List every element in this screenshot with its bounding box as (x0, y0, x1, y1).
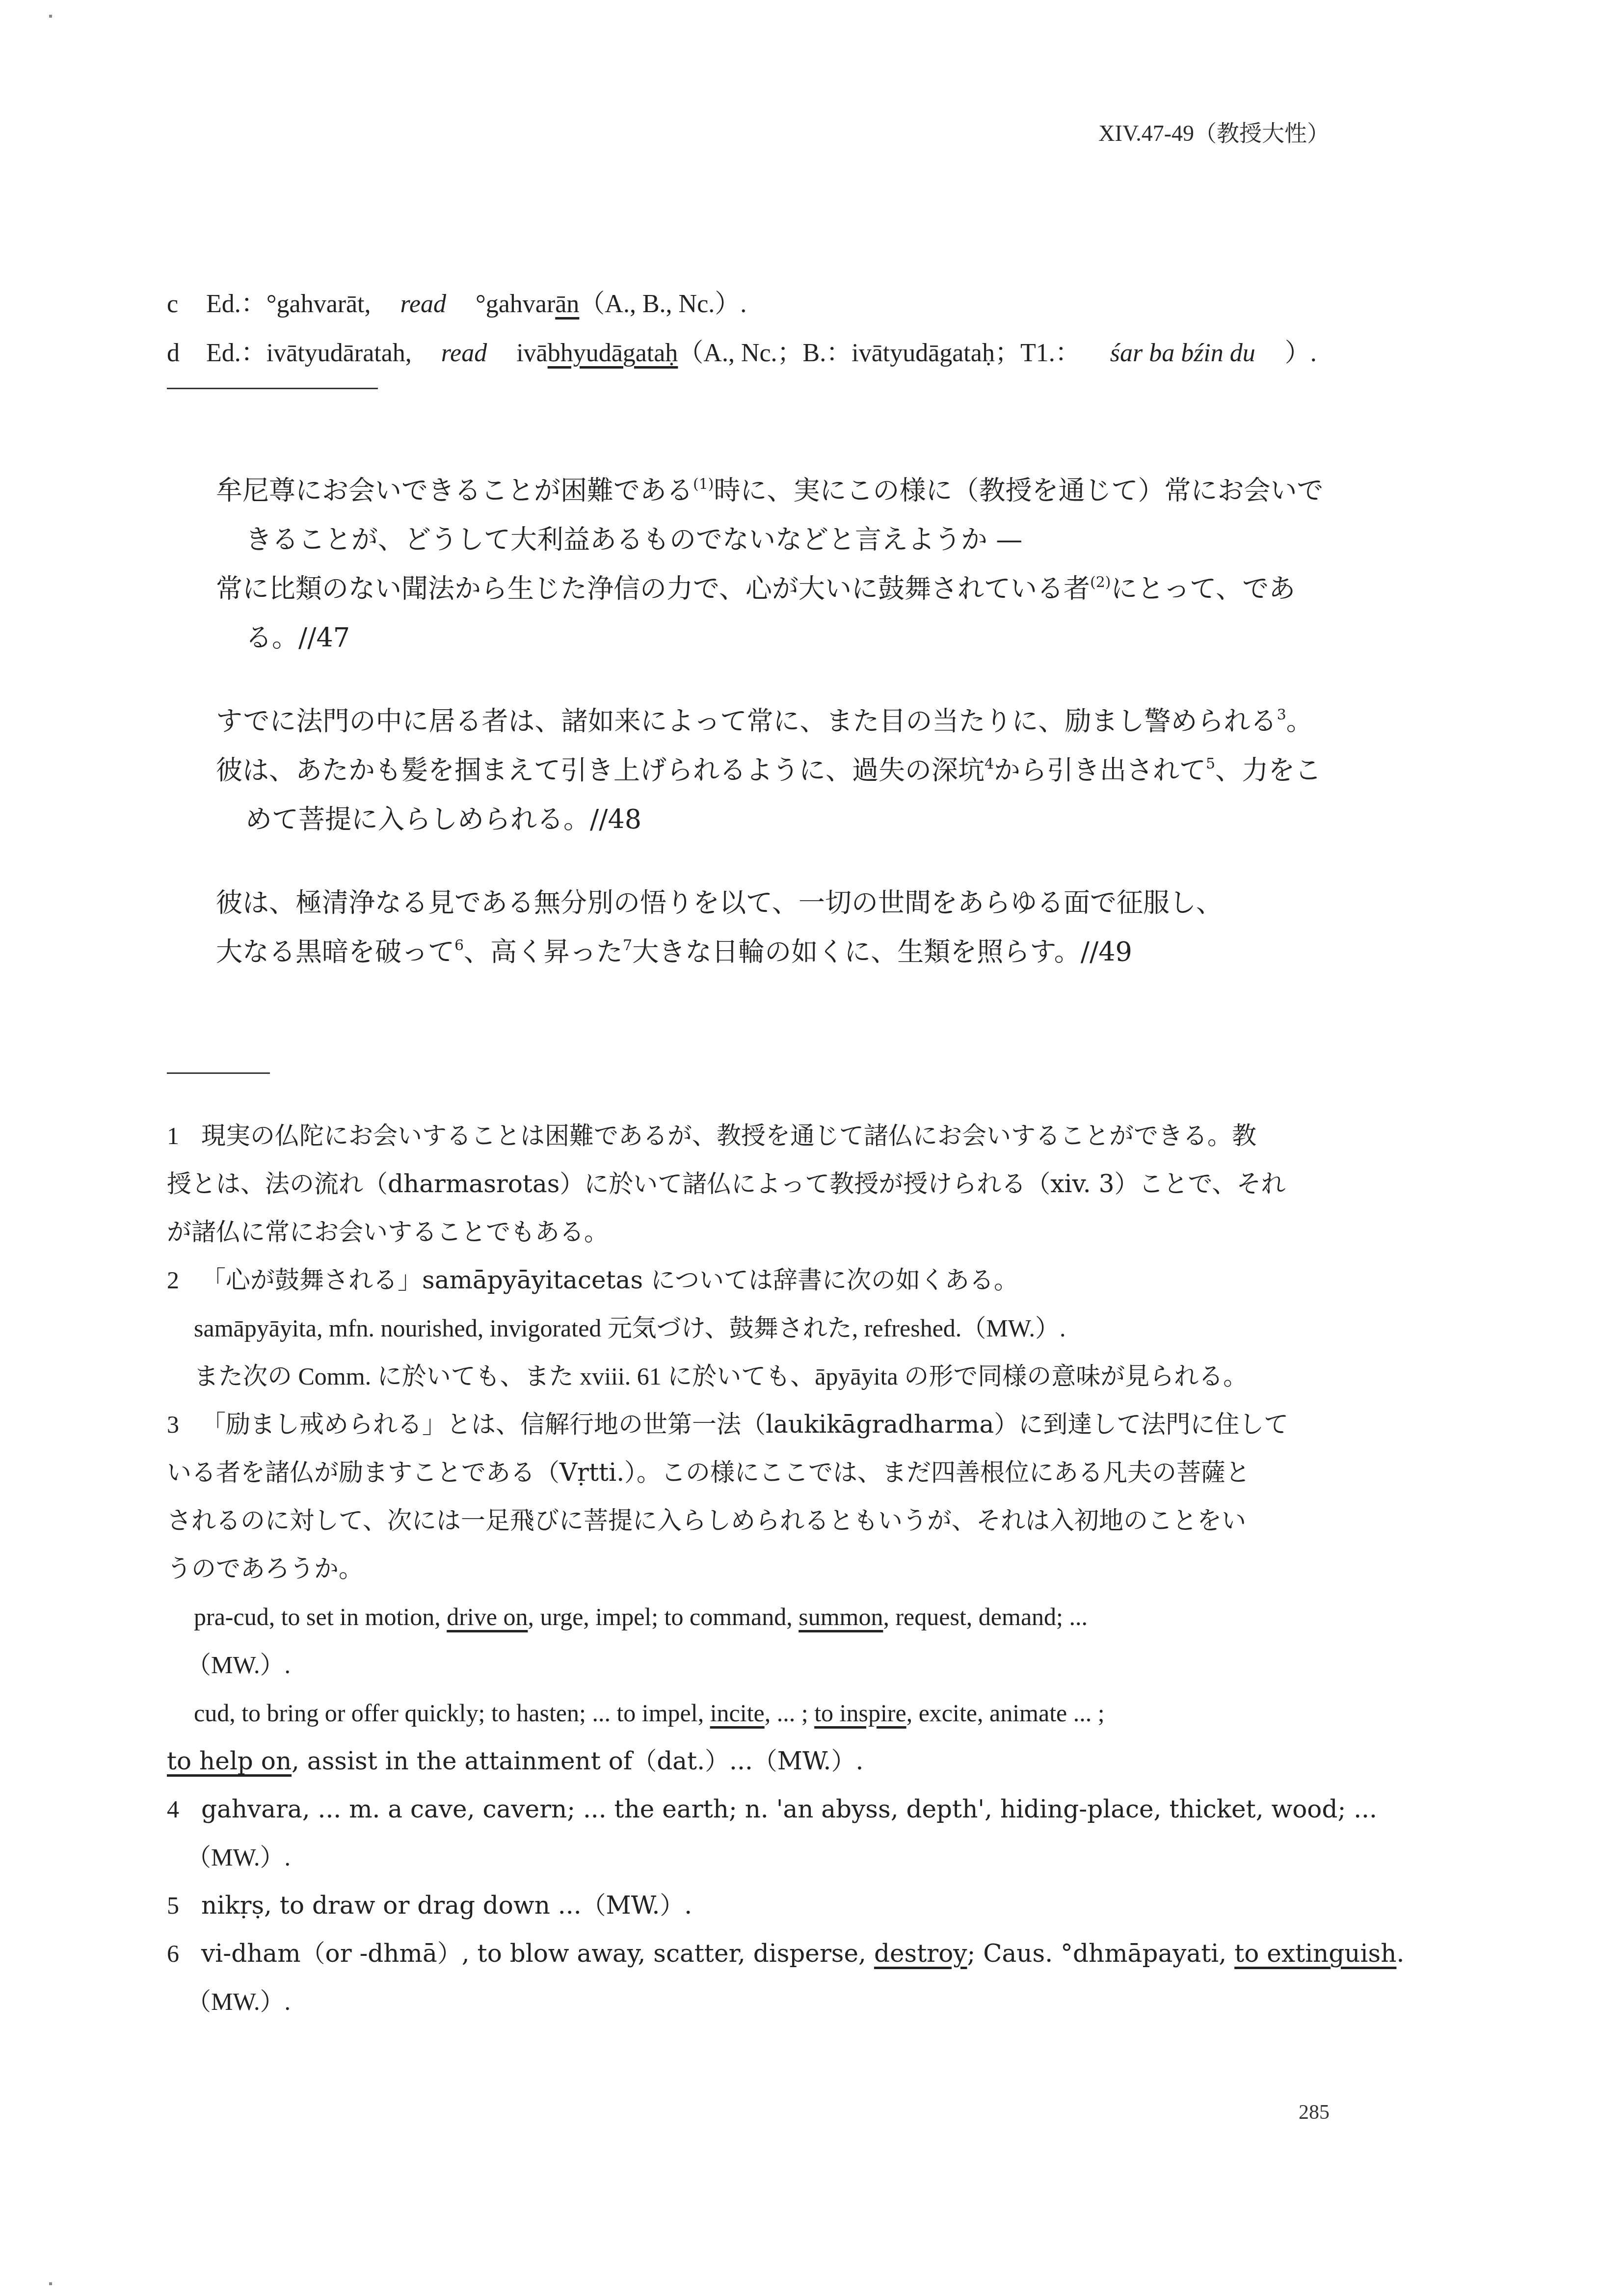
footnote-line: （MW.）. (167, 1641, 1374, 1689)
text-segment: pra-cud, to set in motion, (194, 1603, 447, 1630)
footnote-line: cud, to bring or offer quickly; to haste… (167, 1689, 1374, 1737)
footnote-line: いる者を諸仏が励ますことである（Vṛtti.）。この様にここでは、まだ四善根位に… (167, 1448, 1374, 1496)
italic-term: read (441, 339, 487, 367)
footnote-ref: 5 (1206, 755, 1215, 773)
verse-line: 大なる黒暗を破って6、高く昇った7大きな日輪の如くに、生類を照らす。//49 (216, 928, 1374, 977)
footnote-number: 5 (167, 1881, 201, 1929)
verse-text: 彼は、あたかも髪を掴まえて引き上げられるように、過失の深坑 (216, 755, 985, 786)
footnote-line: 4gahvara, ... m. a cave, cavern; ... the… (167, 1785, 1374, 1833)
footnote-text: されるのに対して、次には一足飛びに菩提に入らしめられるともいうが、それは入初地の… (167, 1506, 1246, 1535)
footnote-text: 現実の仏陀にお会いすることは困難であるが、教授を通じて諸仏にお会いすることができ… (201, 1121, 1256, 1150)
text-segment: （A., B., Nc.）. (579, 290, 746, 318)
verse-text: る。//47 (245, 622, 350, 653)
verse-text: にとって、であ (1111, 573, 1295, 604)
verse-text: 。 (1286, 706, 1313, 737)
verse-line: 彼は、極清浄なる見である無分別の悟りを以て、一切の世間をあらゆる面で征服し、 (216, 879, 1374, 928)
footnote-text: （MW.）. (186, 1651, 291, 1679)
page-number: 285 (1299, 2101, 1330, 2124)
text-segment: , urge, impel; to command, (528, 1603, 799, 1630)
footnote-line: が諸仏に常にお会いすることでもある。 (167, 1208, 1374, 1256)
verse-text: 大なる黒暗を破って (216, 936, 454, 967)
divider (167, 388, 378, 389)
footnote-line: 2「心が鼓舞される」samāpyāyitacetas については辞書に次の如くあ… (167, 1256, 1374, 1304)
footnote: 3「励まし戒められる」とは、信解行地の世第一法（laukikāgradharma… (167, 1400, 1374, 1785)
footnote-ref: 7 (623, 937, 632, 954)
footnote-divider (167, 1072, 270, 1074)
verse-text: 牟尼尊にお会いできることが困難である (216, 475, 693, 506)
verse-line: すでに法門の中に居る者は、諸如来によって常に、また目の当たりに、励まし警められる… (216, 697, 1374, 746)
verse-block: 彼は、極清浄なる見である無分別の悟りを以て、一切の世間をあらゆる面で征服し、大な… (216, 879, 1374, 977)
text-segment: ivā (516, 339, 548, 367)
underlined-term: summon (799, 1603, 883, 1630)
text-segment: Ed.：°gahvarāt, (206, 290, 371, 318)
text-segment: °gahvar (476, 290, 555, 318)
verse-text: 常に比類のない聞法から生じた浄信の力で、心が大いに鼓舞されている者 (216, 573, 1090, 604)
footnotes: 1現実の仏陀にお会いすることは困難であるが、教授を通じて諸仏にお会いすることがで… (167, 1112, 1374, 2026)
footnote-ref: 6 (454, 937, 464, 954)
verse-line: きることが、どうして大利益あるものでないなどと言えようか — (216, 515, 1374, 564)
verse-text: から引き出されて (994, 755, 1206, 786)
note-label: c (167, 280, 206, 329)
footnote-line: うのであろうか。 (167, 1545, 1374, 1593)
text-segment: , request, demand; ... (883, 1603, 1088, 1630)
footnote-line: 授とは、法の流れ（dharmasrotas）に於いて諸仏によって教授が授けられる… (167, 1160, 1374, 1208)
footnote-number: 2 (167, 1256, 201, 1304)
footnote-text: samāpyāyita, mfn. nourished, invigorated… (194, 1314, 1065, 1342)
footnote-ref: (2) (1090, 574, 1111, 591)
verse-text: めて菩提に入らしめられる。//48 (245, 804, 641, 835)
document-page: XIV.47-49（教授大性） cEd.：°gahvarāt,read°gahv… (0, 0, 1624, 2296)
footnote-line: pra-cud, to set in motion, drive on, urg… (167, 1593, 1374, 1641)
verse-text: きることが、どうして大利益あるものでないなどと言えようか — (245, 524, 1022, 555)
footnote: 6vi-dham（or -dhmā）, to blow away, scatte… (167, 1929, 1374, 2026)
italic-term: read (400, 290, 446, 318)
verse-text: 、力をこ (1215, 755, 1321, 786)
text-segment: vi-dham（or -dhmā）, to blow away, scatter… (201, 1939, 874, 1968)
verse-text: 、高く昇った (464, 936, 623, 967)
footnote-line: また次の Comm. に於いても、また xviii. 61 に於いても、āpyā… (167, 1352, 1374, 1400)
underlined-term: destroy (874, 1939, 967, 1968)
footnote-number: 1 (167, 1112, 201, 1160)
footnote-text: 授とは、法の流れ（dharmasrotas）に於いて諸仏によって教授が授けられる… (167, 1170, 1285, 1198)
scan-mark (49, 2282, 52, 2285)
footnote-text: うのであろうか。 (167, 1554, 363, 1583)
underlined-term: drive on (447, 1603, 528, 1630)
verse-text: 時に、実にこの様に（教授を通じて）常にお会いで (714, 475, 1324, 506)
verse-translation: 牟尼尊にお会いできることが困難である(1)時に、実にこの様に（教授を通じて）常に… (216, 466, 1374, 1011)
footnote-line: to help on, assist in the attainment of（… (167, 1737, 1374, 1785)
text-segment: ; Caus. °dhmāpayati, (967, 1939, 1235, 1968)
verse-text: すでに法門の中に居る者は、諸如来によって常に、また目の当たりに、励まし警められる (216, 706, 1277, 737)
footnote-ref: 4 (985, 755, 994, 773)
footnote-line: （MW.）. (167, 1833, 1374, 1881)
footnote-line: （MW.）. (167, 1977, 1374, 2026)
text-segment: , assist in the attainment of（dat.）...（M… (292, 1747, 863, 1775)
underlined-term: bhyudāgataḥ (548, 339, 678, 367)
footnote-line: 5nikṛṣ, to draw or drag down ...（MW.）. (167, 1881, 1374, 1929)
underlined-term: ān (555, 290, 579, 318)
textual-notes: cEd.：°gahvarāt,read°gahvarān（A., B., Nc.… (167, 280, 1394, 378)
underlined-term: to help on (167, 1747, 292, 1775)
footnote-text: gahvara, ... m. a cave, cavern; ... the … (201, 1795, 1377, 1823)
text-segment: . (1396, 1939, 1404, 1968)
text-segment: （A., Nc.；B.：ivātyudāgataḥ；T1.： (678, 339, 1080, 367)
footnote-line: されるのに対して、次には一足飛びに菩提に入らしめられるともいうが、それは入初地の… (167, 1496, 1374, 1545)
textual-note: dEd.：ivātyudāratah,readivābhyudāgataḥ（A.… (167, 329, 1394, 378)
footnote: 1現実の仏陀にお会いすることは困難であるが、教授を通じて諸仏にお会いすることがで… (167, 1112, 1374, 1256)
footnote-number: 3 (167, 1400, 201, 1448)
footnote-line: 1現実の仏陀にお会いすることは困難であるが、教授を通じて諸仏にお会いすることがで… (167, 1112, 1374, 1160)
running-head: XIV.47-49（教授大性） (1098, 115, 1330, 148)
verse-line: 牟尼尊にお会いできることが困難である(1)時に、実にこの様に（教授を通じて）常に… (216, 466, 1374, 515)
verse-block: 牟尼尊にお会いできることが困難である(1)時に、実にこの様に（教授を通じて）常に… (216, 466, 1374, 663)
text-segment: Ed.：ivātyudāratah, (206, 339, 412, 367)
verse-line: 常に比類のない聞法から生じた浄信の力で、心が大いに鼓舞されている者(2)にとって… (216, 564, 1374, 614)
text-segment: cud, to bring or offer quickly; to haste… (194, 1699, 710, 1727)
footnote-text: （MW.）. (186, 1843, 291, 1871)
verse-text: 大きな日輪の如くに、生類を照らす。//49 (632, 936, 1132, 967)
verse-block: すでに法門の中に居る者は、諸如来によって常に、また目の当たりに、励まし警められる… (216, 697, 1374, 844)
underlined-term: to extinguish (1234, 1939, 1396, 1968)
footnote-text: 「励まし戒められる」とは、信解行地の世第一法（laukikāgradharma）… (201, 1410, 1288, 1439)
footnote-text: が諸仏に常にお会いすることでもある。 (167, 1218, 609, 1246)
footnote-line: 6vi-dham（or -dhmā）, to blow away, scatte… (167, 1929, 1374, 1977)
footnote-text: 「心が鼓舞される」samāpyāyitacetas については辞書に次の如くある… (201, 1266, 1018, 1294)
scan-mark (49, 15, 52, 18)
textual-note: cEd.：°gahvarāt,read°gahvarān（A., B., Nc.… (167, 280, 1394, 329)
underlined-term: incite (710, 1699, 765, 1727)
text-segment: , excite, animate ... ; (906, 1699, 1105, 1727)
italic-term: śar ba bźin du (1110, 339, 1255, 367)
footnote-number: 6 (167, 1929, 201, 1977)
verse-line: る。//47 (216, 614, 1374, 663)
footnote-number: 4 (167, 1785, 201, 1833)
text-segment: , ... ; (765, 1699, 814, 1727)
footnote-text: いる者を諸仏が励ますことである（Vṛtti.）。この様にここでは、まだ四善根位に… (167, 1458, 1250, 1487)
footnote-text: また次の Comm. に於いても、また xviii. 61 に於いても、āpyā… (194, 1362, 1248, 1390)
text-segment: ）. (1285, 339, 1317, 367)
footnote-text: nikṛṣ, to draw or drag down ...（MW.）. (201, 1891, 692, 1920)
footnote-ref: 3 (1277, 706, 1286, 723)
footnote: 4gahvara, ... m. a cave, cavern; ... the… (167, 1785, 1374, 1881)
verse-line: めて菩提に入らしめられる。//48 (216, 795, 1374, 844)
footnote-line: 3「励まし戒められる」とは、信解行地の世第一法（laukikāgradharma… (167, 1400, 1374, 1448)
verse-line: 彼は、あたかも髪を掴まえて引き上げられるように、過失の深坑4から引き出されて5、… (216, 746, 1374, 795)
footnote: 2「心が鼓舞される」samāpyāyitacetas については辞書に次の如くあ… (167, 1256, 1374, 1400)
underlined-term: to inspire (814, 1699, 906, 1727)
verse-text: 彼は、極清浄なる見である無分別の悟りを以て、一切の世間をあらゆる面で征服し、 (216, 887, 1223, 918)
footnote-line: samāpyāyita, mfn. nourished, invigorated… (167, 1304, 1374, 1352)
footnote-ref: (1) (693, 476, 714, 493)
footnote: 5nikṛṣ, to draw or drag down ...（MW.）. (167, 1881, 1374, 1929)
footnote-text: （MW.）. (186, 1988, 291, 2015)
note-label: d (167, 329, 206, 378)
